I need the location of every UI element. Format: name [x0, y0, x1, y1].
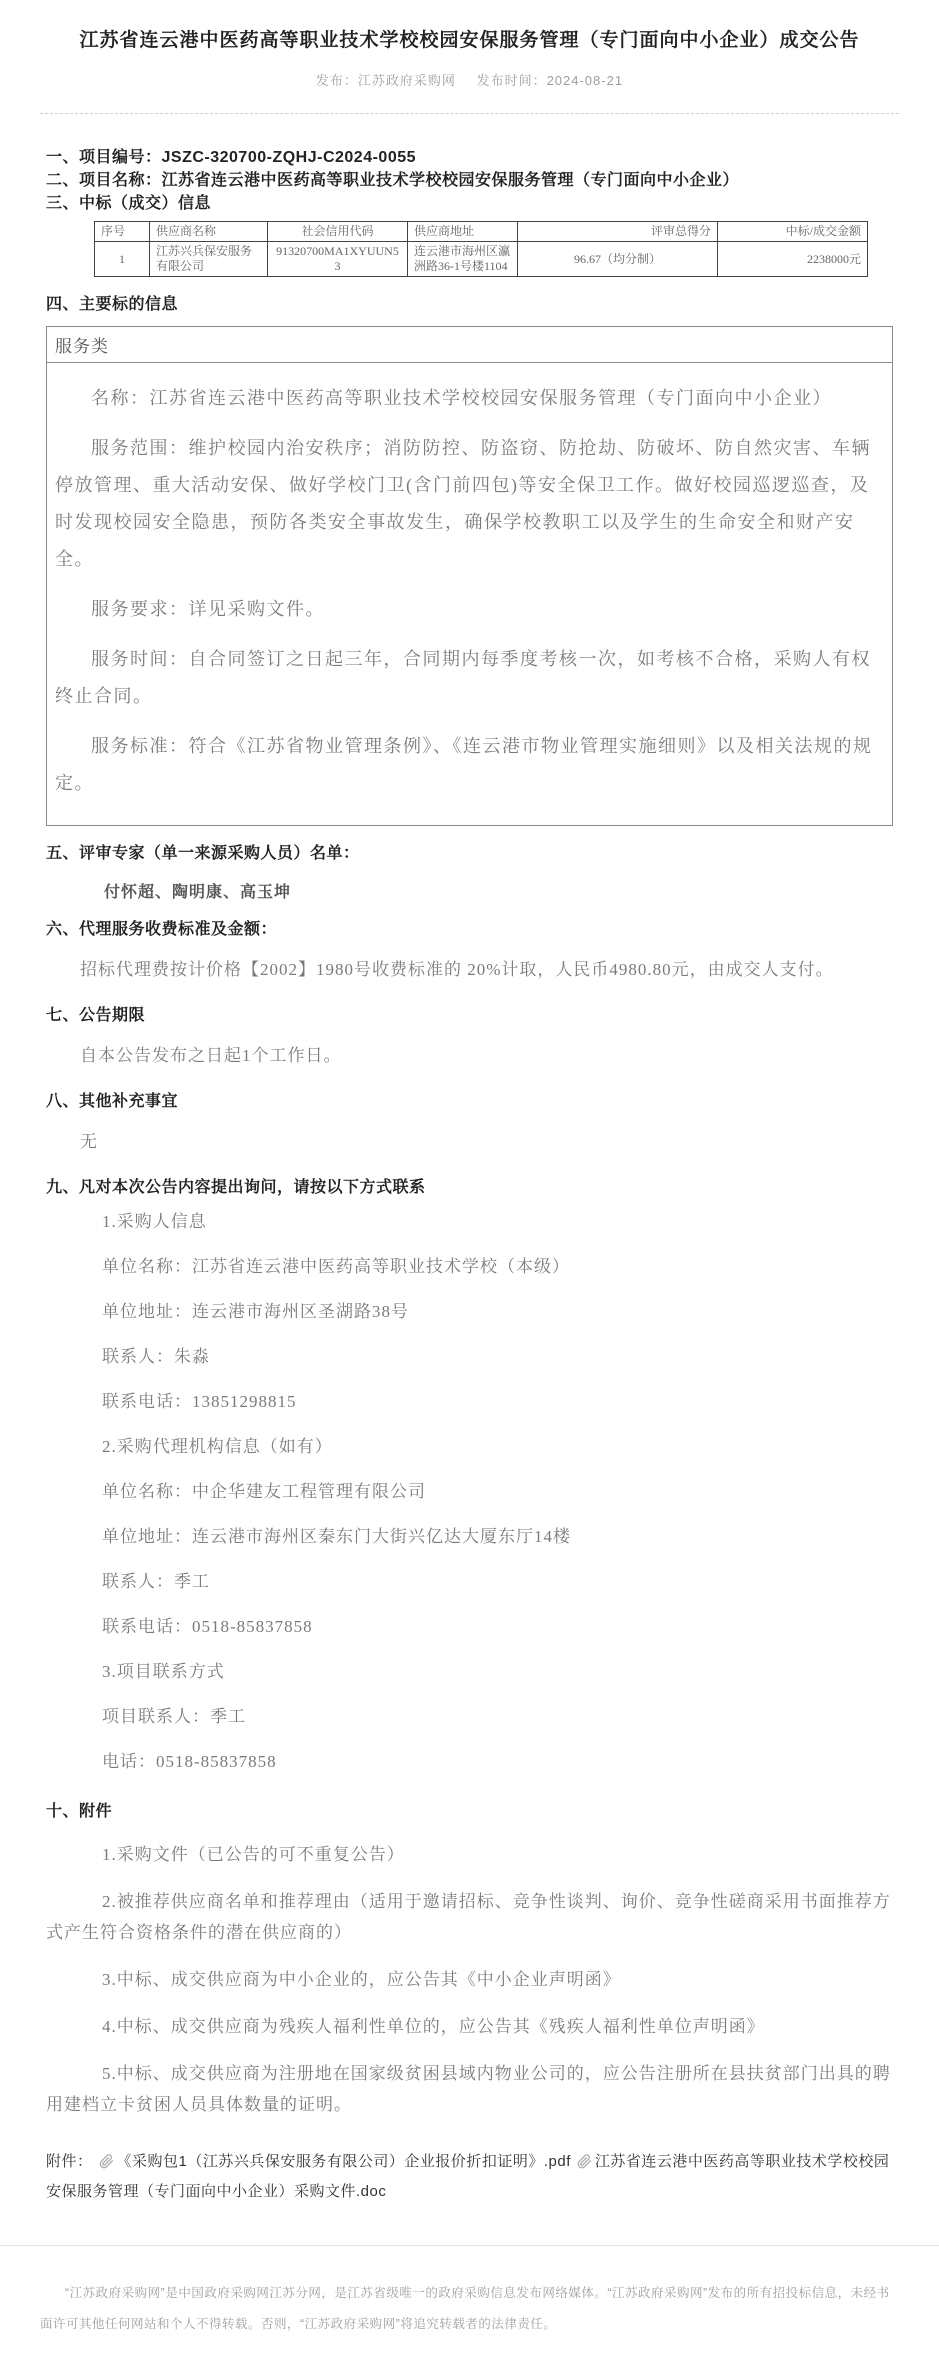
- attachment-list: 附件：《采购包1（江苏兴兵保安服务有限公司）企业报价折扣证明》.pdf江苏省连云…: [46, 2148, 893, 2205]
- paperclip-icon: [99, 2151, 114, 2178]
- section-review-experts: 五、评审专家（单一来源采购人员）名单： 付怀超、陶明康、高玉坤: [46, 842, 893, 902]
- appendix-item: 4.中标、成交供应商为残疾人福利性单位的，应公告其《残疾人福利性单位声明函》: [46, 2011, 893, 2042]
- section-appendix: 十、附件 1.采购文件（已公告的可不重复公告） 2.被推荐供应商名单和推荐理由（…: [46, 1800, 893, 2120]
- col-supplier-address: 供应商地址: [408, 222, 518, 242]
- col-credit-code: 社会信用代码: [268, 222, 408, 242]
- contact-info-heading: 九、凡对本次公告内容提出询问，请按以下方式联系: [46, 1176, 893, 1199]
- section-agency-fee: 六、代理服务收费标准及金额： 招标代理费按计价格【2002】1980号收费标准的…: [46, 918, 893, 987]
- col-review-score: 评审总得分: [518, 222, 718, 242]
- service-category-label: 服务类: [47, 327, 892, 363]
- service-name-paragraph: 名称：江苏省连云港中医药高等职业技术学校校园安保服务管理（专门面向中小企业）: [55, 380, 884, 417]
- contact-line: 联系人：朱淼: [46, 1334, 893, 1379]
- agency-fee-heading: 六、代理服务收费标准及金额：: [46, 918, 893, 941]
- appendix-item: 3.中标、成交供应商为中小企业的，应公告其《中小企业声明函》: [46, 1964, 893, 1995]
- contact-line: 单位名称：江苏省连云港中医药高等职业技术学校（本级）: [46, 1244, 893, 1289]
- contact-line: 项目联系人：季工: [46, 1694, 893, 1739]
- announcement-page: 江苏省连云港中医药高等职业技术学校校园安保服务管理（专门面向中小企业）成交公告 …: [0, 0, 939, 2366]
- cell-supplier-name: 江苏兴兵保安服务有限公司: [150, 242, 268, 277]
- col-serial: 序号: [95, 222, 150, 242]
- doc-header: 江苏省连云港中医药高等职业技术学校校园安保服务管理（专门面向中小企业）成交公告 …: [0, 0, 939, 89]
- service-box-body: 名称：江苏省连云港中医药高等职业技术学校校园安保服务管理（专门面向中小企业） 服…: [47, 363, 892, 825]
- contact-line: 联系电话：0518-85837858: [46, 1604, 893, 1649]
- col-award-amount: 中标/成交金额: [718, 222, 868, 242]
- service-requirement-paragraph: 服务要求：详见采购文件。: [55, 591, 884, 628]
- announcement-period-heading: 七、公告期限: [46, 1004, 893, 1027]
- page-title: 江苏省连云港中医药高等职业技术学校校园安保服务管理（专门面向中小企业）成交公告: [56, 26, 883, 55]
- service-scope-paragraph: 服务范围：维护校园内治安秩序；消防防控、防盗窃、防抢劫、防破坏、防自然灾害、车辆…: [55, 430, 884, 578]
- contact-line: 2.采购代理机构信息（如有）: [46, 1424, 893, 1469]
- expert-names: 付怀超、陶明康、高玉坤: [46, 879, 893, 902]
- contact-line: 联系人：季工: [46, 1559, 893, 1604]
- contact-line: 1.采购人信息: [46, 1199, 893, 1244]
- cell-supplier-address: 连云港市海州区瀛洲路36-1号楼1104: [408, 242, 518, 277]
- announcement-body: 一、项目编号：JSZC-320700-ZQHJ-C2024-0055 二、项目名…: [0, 114, 939, 2205]
- section-project-number: 一、项目编号：JSZC-320700-ZQHJ-C2024-0055: [46, 146, 893, 169]
- contact-line: 3.项目联系方式: [46, 1649, 893, 1694]
- appendix-item: 1.采购文件（已公告的可不重复公告）: [46, 1839, 893, 1870]
- col-supplier-name: 供应商名称: [150, 222, 268, 242]
- award-table: 序号 供应商名称 社会信用代码 供应商地址 评审总得分 中标/成交金额 1 江苏…: [94, 221, 868, 277]
- service-time-paragraph: 服务时间：自合同签订之日起三年，合同期内每季度考核一次，如考核不合格，采购人有权…: [55, 641, 884, 715]
- section-other-matters: 八、其他补充事宜 无: [46, 1090, 893, 1159]
- project-number-heading: 一、项目编号：JSZC-320700-ZQHJ-C2024-0055: [46, 146, 893, 169]
- contact-line: 单位地址：连云港市海州区圣湖路38号: [46, 1289, 893, 1334]
- attachment-label: 附件：: [46, 2153, 93, 2170]
- publish-time-label: 发布时间：2024-08-21: [477, 73, 624, 88]
- other-matters-content: 无: [46, 1125, 893, 1159]
- table-row: 1 江苏兴兵保安服务有限公司 91320700MA1XYUUN53 连云港市海州…: [95, 242, 868, 277]
- award-table-header-row: 序号 供应商名称 社会信用代码 供应商地址 评审总得分 中标/成交金额: [95, 222, 868, 242]
- main-subject-heading: 四、主要标的信息: [46, 293, 893, 316]
- section-project-name: 二、项目名称：江苏省连云港中医药高等职业技术学校校园安保服务管理（专门面向中小企…: [46, 169, 893, 192]
- appendix-heading: 十、附件: [46, 1800, 893, 1823]
- announcement-period-content: 自本公告发布之日起1个工作日。: [46, 1039, 893, 1073]
- contact-line: 联系电话：13851298815: [46, 1379, 893, 1424]
- appendix-item: 5.中标、成交供应商为注册地在国家级贫困县域内物业公司的，应公告注册所在县扶贫部…: [46, 2058, 893, 2120]
- section-announcement-period: 七、公告期限 自本公告发布之日起1个工作日。: [46, 1004, 893, 1073]
- contact-line: 单位地址：连云港市海州区秦东门大街兴亿达大厦东厅14楼: [46, 1514, 893, 1559]
- review-experts-heading: 五、评审专家（单一来源采购人员）名单：: [46, 842, 893, 865]
- cell-review-score: 96.67（均分制）: [518, 242, 718, 277]
- other-matters-heading: 八、其他补充事宜: [46, 1090, 893, 1113]
- award-info-heading: 三、中标（成交）信息: [46, 192, 893, 215]
- site-footer: “江苏政府采购网”是中国政府采购网江苏分网，是江苏省级唯一的政府采购信息发布网络…: [0, 2278, 939, 2366]
- service-standard-paragraph: 服务标准：符合《江苏省物业管理条例》、《连云港市物业管理实施细则》以及相关法规的…: [55, 728, 884, 802]
- paperclip-icon: [577, 2151, 592, 2178]
- cell-serial: 1: [95, 242, 150, 277]
- footer-divider: [0, 2245, 939, 2246]
- publisher-label: 发布：江苏政府采购网: [316, 73, 456, 88]
- section-main-subject: 四、主要标的信息 服务类 名称：江苏省连云港中医药高等职业技术学校校园安保服务管…: [46, 293, 893, 826]
- project-name-heading: 二、项目名称：江苏省连云港中医药高等职业技术学校校园安保服务管理（专门面向中小企…: [46, 169, 893, 192]
- service-box: 服务类 名称：江苏省连云港中医药高等职业技术学校校园安保服务管理（专门面向中小企…: [46, 326, 893, 826]
- attachment-file-pdf[interactable]: 《采购包1（江苏兴兵保安服务有限公司）企业报价折扣证明》.pdf: [117, 2153, 571, 2170]
- contact-line: 单位名称：中企华建友工程管理有限公司: [46, 1469, 893, 1514]
- section-contact-info: 九、凡对本次公告内容提出询问，请按以下方式联系 1.采购人信息 单位名称：江苏省…: [46, 1176, 893, 1784]
- cell-award-amount: 2238000元: [718, 242, 868, 277]
- footer-disclaimer: “江苏政府采购网”是中国政府采购网江苏分网，是江苏省级唯一的政府采购信息发布网络…: [40, 2278, 899, 2340]
- publish-meta: 发布：江苏政府采购网 发布时间：2024-08-21: [0, 70, 939, 89]
- agency-fee-content: 招标代理费按计价格【2002】1980号收费标准的 20%计取，人民币4980.…: [46, 953, 893, 987]
- section-award-info: 三、中标（成交）信息 序号 供应商名称 社会信用代码 供应商地址 评审总得分 中…: [46, 192, 893, 277]
- contact-line: 电话：0518-85837858: [46, 1739, 893, 1784]
- cell-credit-code: 91320700MA1XYUUN53: [268, 242, 408, 277]
- appendix-item: 2.被推荐供应商名单和推荐理由（适用于邀请招标、竞争性谈判、询价、竞争性磋商采用…: [46, 1886, 893, 1948]
